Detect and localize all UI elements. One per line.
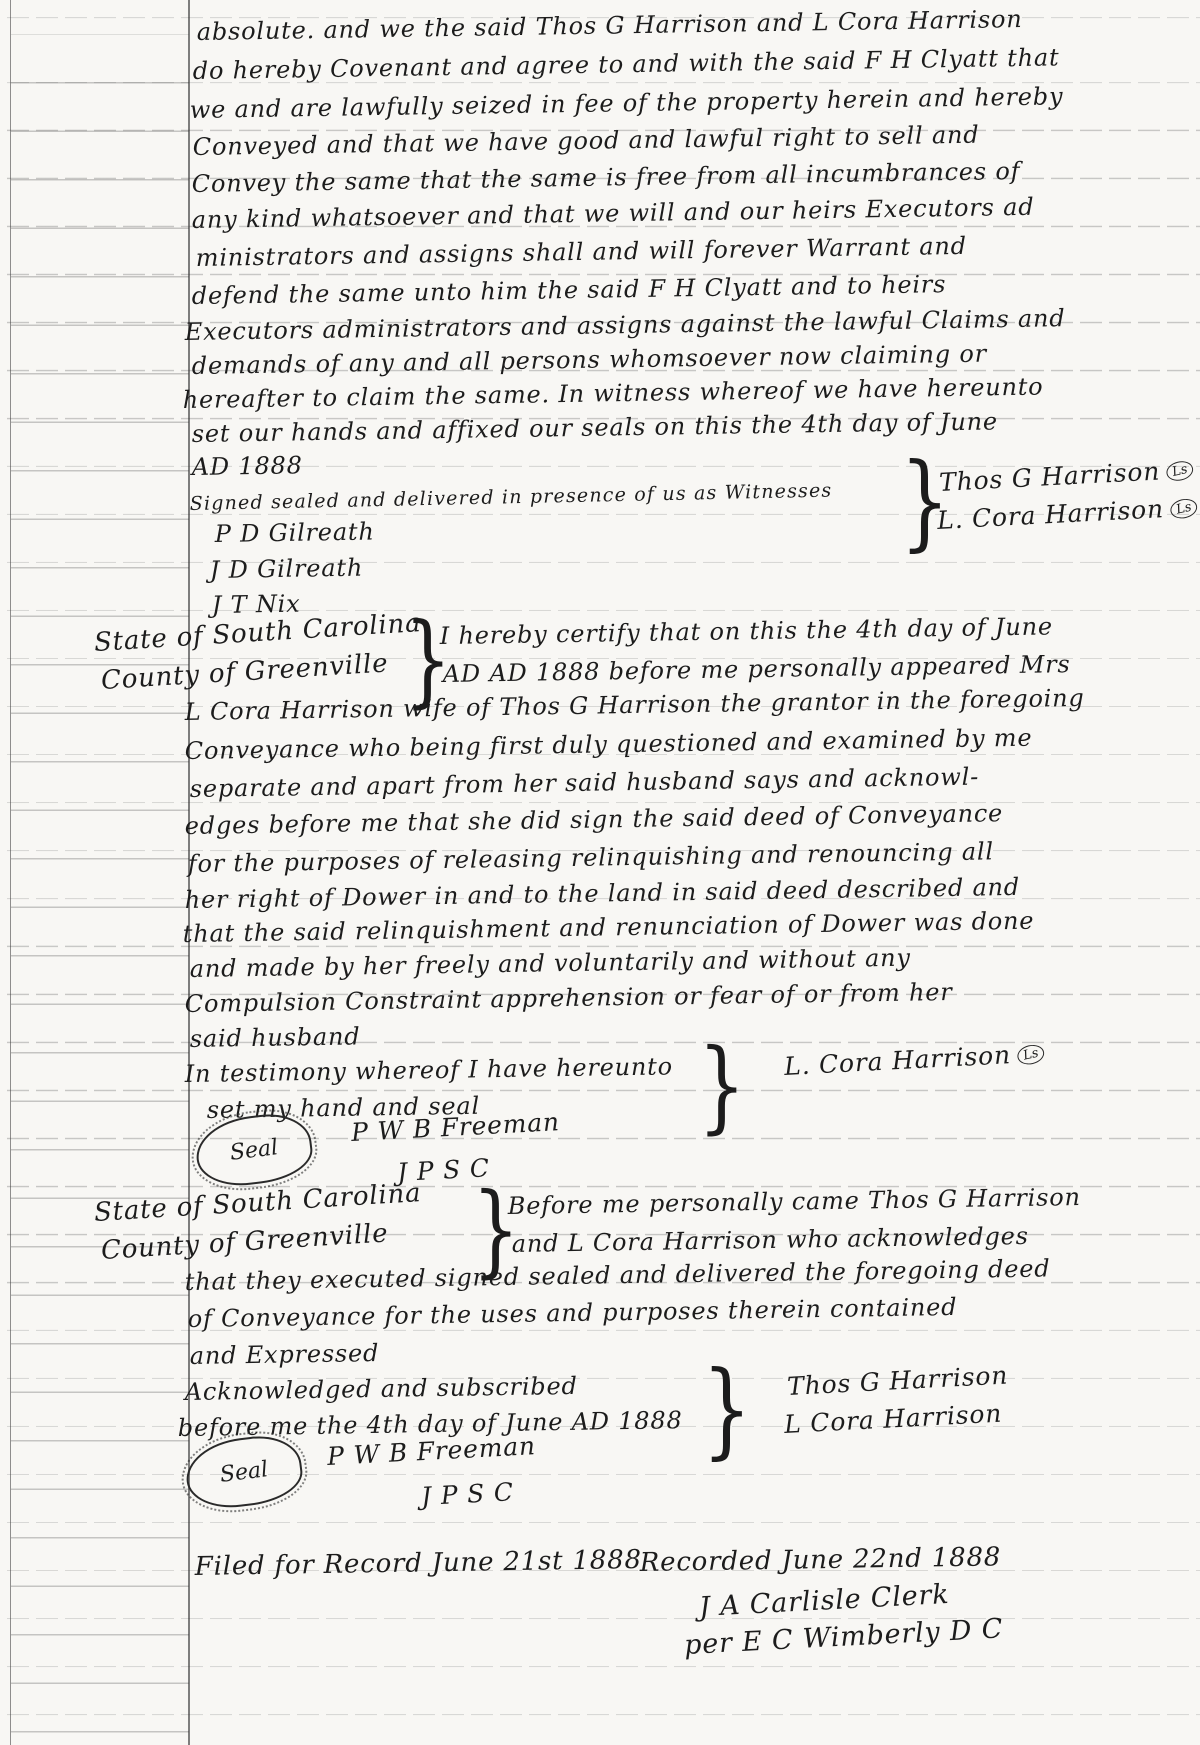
county-header: County of Greenville: [100, 1218, 389, 1266]
deed-text-line: ministrators and assigns shall and will …: [196, 232, 967, 272]
probate-ack-line: Acknowledged and subscribed: [185, 1372, 578, 1406]
dower-text-line: Compulsion Constraint apprehension or fe…: [185, 978, 953, 1018]
probate-text-line: of Conveyance for the uses and purposes …: [188, 1293, 958, 1333]
dower-text-line: separate and apart from her said husband…: [190, 763, 980, 803]
dower-text-line: that the said relinquishment and renunci…: [183, 907, 1035, 948]
seal-mark: Ls: [1168, 496, 1199, 521]
deed-text-line: we and are lawfully seized in fee of the…: [190, 82, 1064, 124]
dower-testimony-line: In testimony whereof I have hereunto: [185, 1052, 674, 1088]
notary-seal: Seal: [182, 1431, 305, 1513]
dower-text-line: said husband: [190, 1022, 361, 1053]
probate-text-line: and Expressed: [190, 1339, 380, 1370]
county-header: County of Greenville: [100, 648, 389, 696]
dower-text-line: and made by her freely and voluntarily a…: [190, 944, 911, 983]
deed-text-line: Convey the same that the same is free fr…: [192, 157, 1021, 198]
officer-title: J P S C: [420, 1477, 514, 1511]
left-edge-line: [10, 0, 11, 1745]
deed-record-page: absolute. and we the said Thos G Harriso…: [0, 0, 1200, 1745]
deed-text-line: do hereby Covenant and agree to and with…: [193, 43, 1060, 85]
witness-signature: P D Gilreath: [215, 517, 375, 548]
left-margin-rules: [11, 0, 189, 1745]
witness-statement: Signed sealed and delivered in presence …: [190, 480, 833, 515]
dower-text-line: for the purposes of releasing relinquish…: [188, 837, 995, 878]
dower-signature-brace: }: [698, 1038, 746, 1133]
probate-signature-brace: }: [702, 1360, 752, 1459]
grantor-signature-name: Thos G Harrison: [938, 456, 1160, 497]
deed-text-line: defend the same unto him the said F H Cl…: [192, 270, 947, 310]
probate-intro-line: and L Cora Harrison who acknowledges: [512, 1222, 1029, 1258]
deed-text-line: any kind whatsoever and that we will and…: [192, 193, 1035, 234]
dower-signature-name: L. Cora Harrison: [783, 1040, 1011, 1081]
dower-text-line: L Cora Harrison wife of Thos G Harrison …: [185, 684, 1085, 726]
dower-intro-line: AD AD 1888 before me personally appeared…: [443, 650, 1071, 688]
deed-text-line: Conveyed and that we have good and lawfu…: [193, 121, 980, 161]
filed-note: Filed for Record June 21st 1888: [195, 1545, 643, 1582]
recorded-note: Recorded June 22nd 1888: [640, 1542, 1002, 1578]
grantor-signature: L. Cora HarrisonLs: [936, 492, 1198, 535]
deed-text-line: absolute. and we the said Thos G Harriso…: [197, 5, 1023, 46]
deed-text-line: set our hands and affixed our seals on t…: [192, 407, 999, 448]
dower-intro-line: I hereby certify that on this the 4th da…: [440, 612, 1054, 650]
probate-signature: Thos G Harrison: [786, 1360, 1008, 1401]
deed-text-line: demands of any and all persons whomsoeve…: [192, 340, 988, 380]
deed-text-line: AD 1888: [192, 451, 303, 481]
witness-signature: J T Nix: [212, 590, 301, 619]
probate-text-line: that they executed signed sealed and del…: [185, 1254, 1051, 1296]
seal-mark: Ls: [1165, 459, 1196, 484]
dower-text-line: edges before me that she did sign the sa…: [185, 799, 1004, 840]
witness-signature: J D Gilreath: [210, 554, 364, 584]
dower-text-line: Conveyance who being first duly question…: [185, 724, 1033, 765]
clerk-signature: J A Carlisle Clerk: [698, 1579, 950, 1623]
probate-signature: L Cora Harrison: [783, 1399, 1002, 1439]
grantor-signature-name: L. Cora Harrison: [936, 494, 1164, 535]
grantor-signature: Thos G HarrisonLs: [938, 455, 1195, 497]
dower-signature: L. Cora HarrisonLs: [783, 1038, 1045, 1081]
probate-intro-line: Before me personally came Thos G Harriso…: [508, 1183, 1081, 1220]
seal-mark: Ls: [1015, 1042, 1046, 1067]
